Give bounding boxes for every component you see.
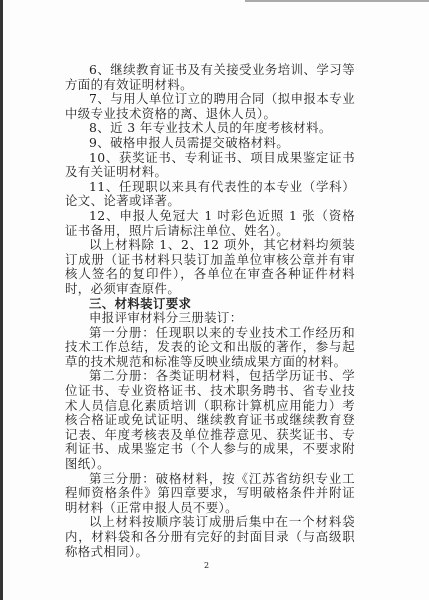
- page-number: 2: [204, 561, 209, 570]
- paragraph-volume-3: 第三分册：破格材料，按《江苏省纺织专业工程师资格条件》第四章要求，写明破格条件并…: [65, 472, 355, 516]
- paragraph-item-11: 11、任现职以来具有代表性的本专业（学科）论文、论著或译著。: [65, 180, 355, 209]
- paragraph-closing: 以上材料按顺序装订成册后集中在一个材料袋内，材料袋和各分册有完好的封面目录（与高…: [65, 515, 355, 559]
- paragraph-volume-1: 第一分册：任现职以来的专业技术工作经历和技术工作总结，发表的论文和出版的著作，参…: [65, 326, 355, 370]
- paragraph-binding-note: 以上材料除 1、2、12 项外，其它材料均须装订成册（证书材料只装订加盖单位审核…: [65, 238, 355, 296]
- section-heading-3: 三、材料装订要求: [65, 297, 355, 312]
- paragraph-item-10: 10、获奖证书、专利证书、项目成果鉴定证书及有关证明材料。: [65, 151, 355, 180]
- document-body: 6、继续教育证书及有关接受业务培训、学习等方面的有效证明材料。 7、与用人单位订…: [65, 63, 355, 559]
- scan-left-edge: [0, 0, 3, 600]
- paragraph-item-7: 7、与用人单位订立的聘用合同（拟申报本专业中级专业技术资格的离、退休人员）。: [65, 92, 355, 121]
- paragraph-item-8: 8、近 3 年专业技术人员的年度考核材料。: [65, 121, 355, 136]
- paragraph-item-12: 12、申报人免冠大 1 吋彩色近照 1 张（资格证书备用，照片后请标注单位、姓名…: [65, 209, 355, 238]
- paragraph-volumes-intro: 申报评审材料分三册装订：: [65, 311, 355, 326]
- paragraph-item-6: 6、继续教育证书及有关接受业务培训、学习等方面的有效证明材料。: [65, 63, 355, 92]
- scan-top-shadow: [245, 0, 429, 2]
- paragraph-item-9: 9、破格申报人员需提交破格材料。: [65, 136, 355, 151]
- paragraph-volume-2: 第二分册：各类证明材料，包括学历证书、学位证书、专业资格证书、技术职务聘书、省专…: [65, 369, 355, 471]
